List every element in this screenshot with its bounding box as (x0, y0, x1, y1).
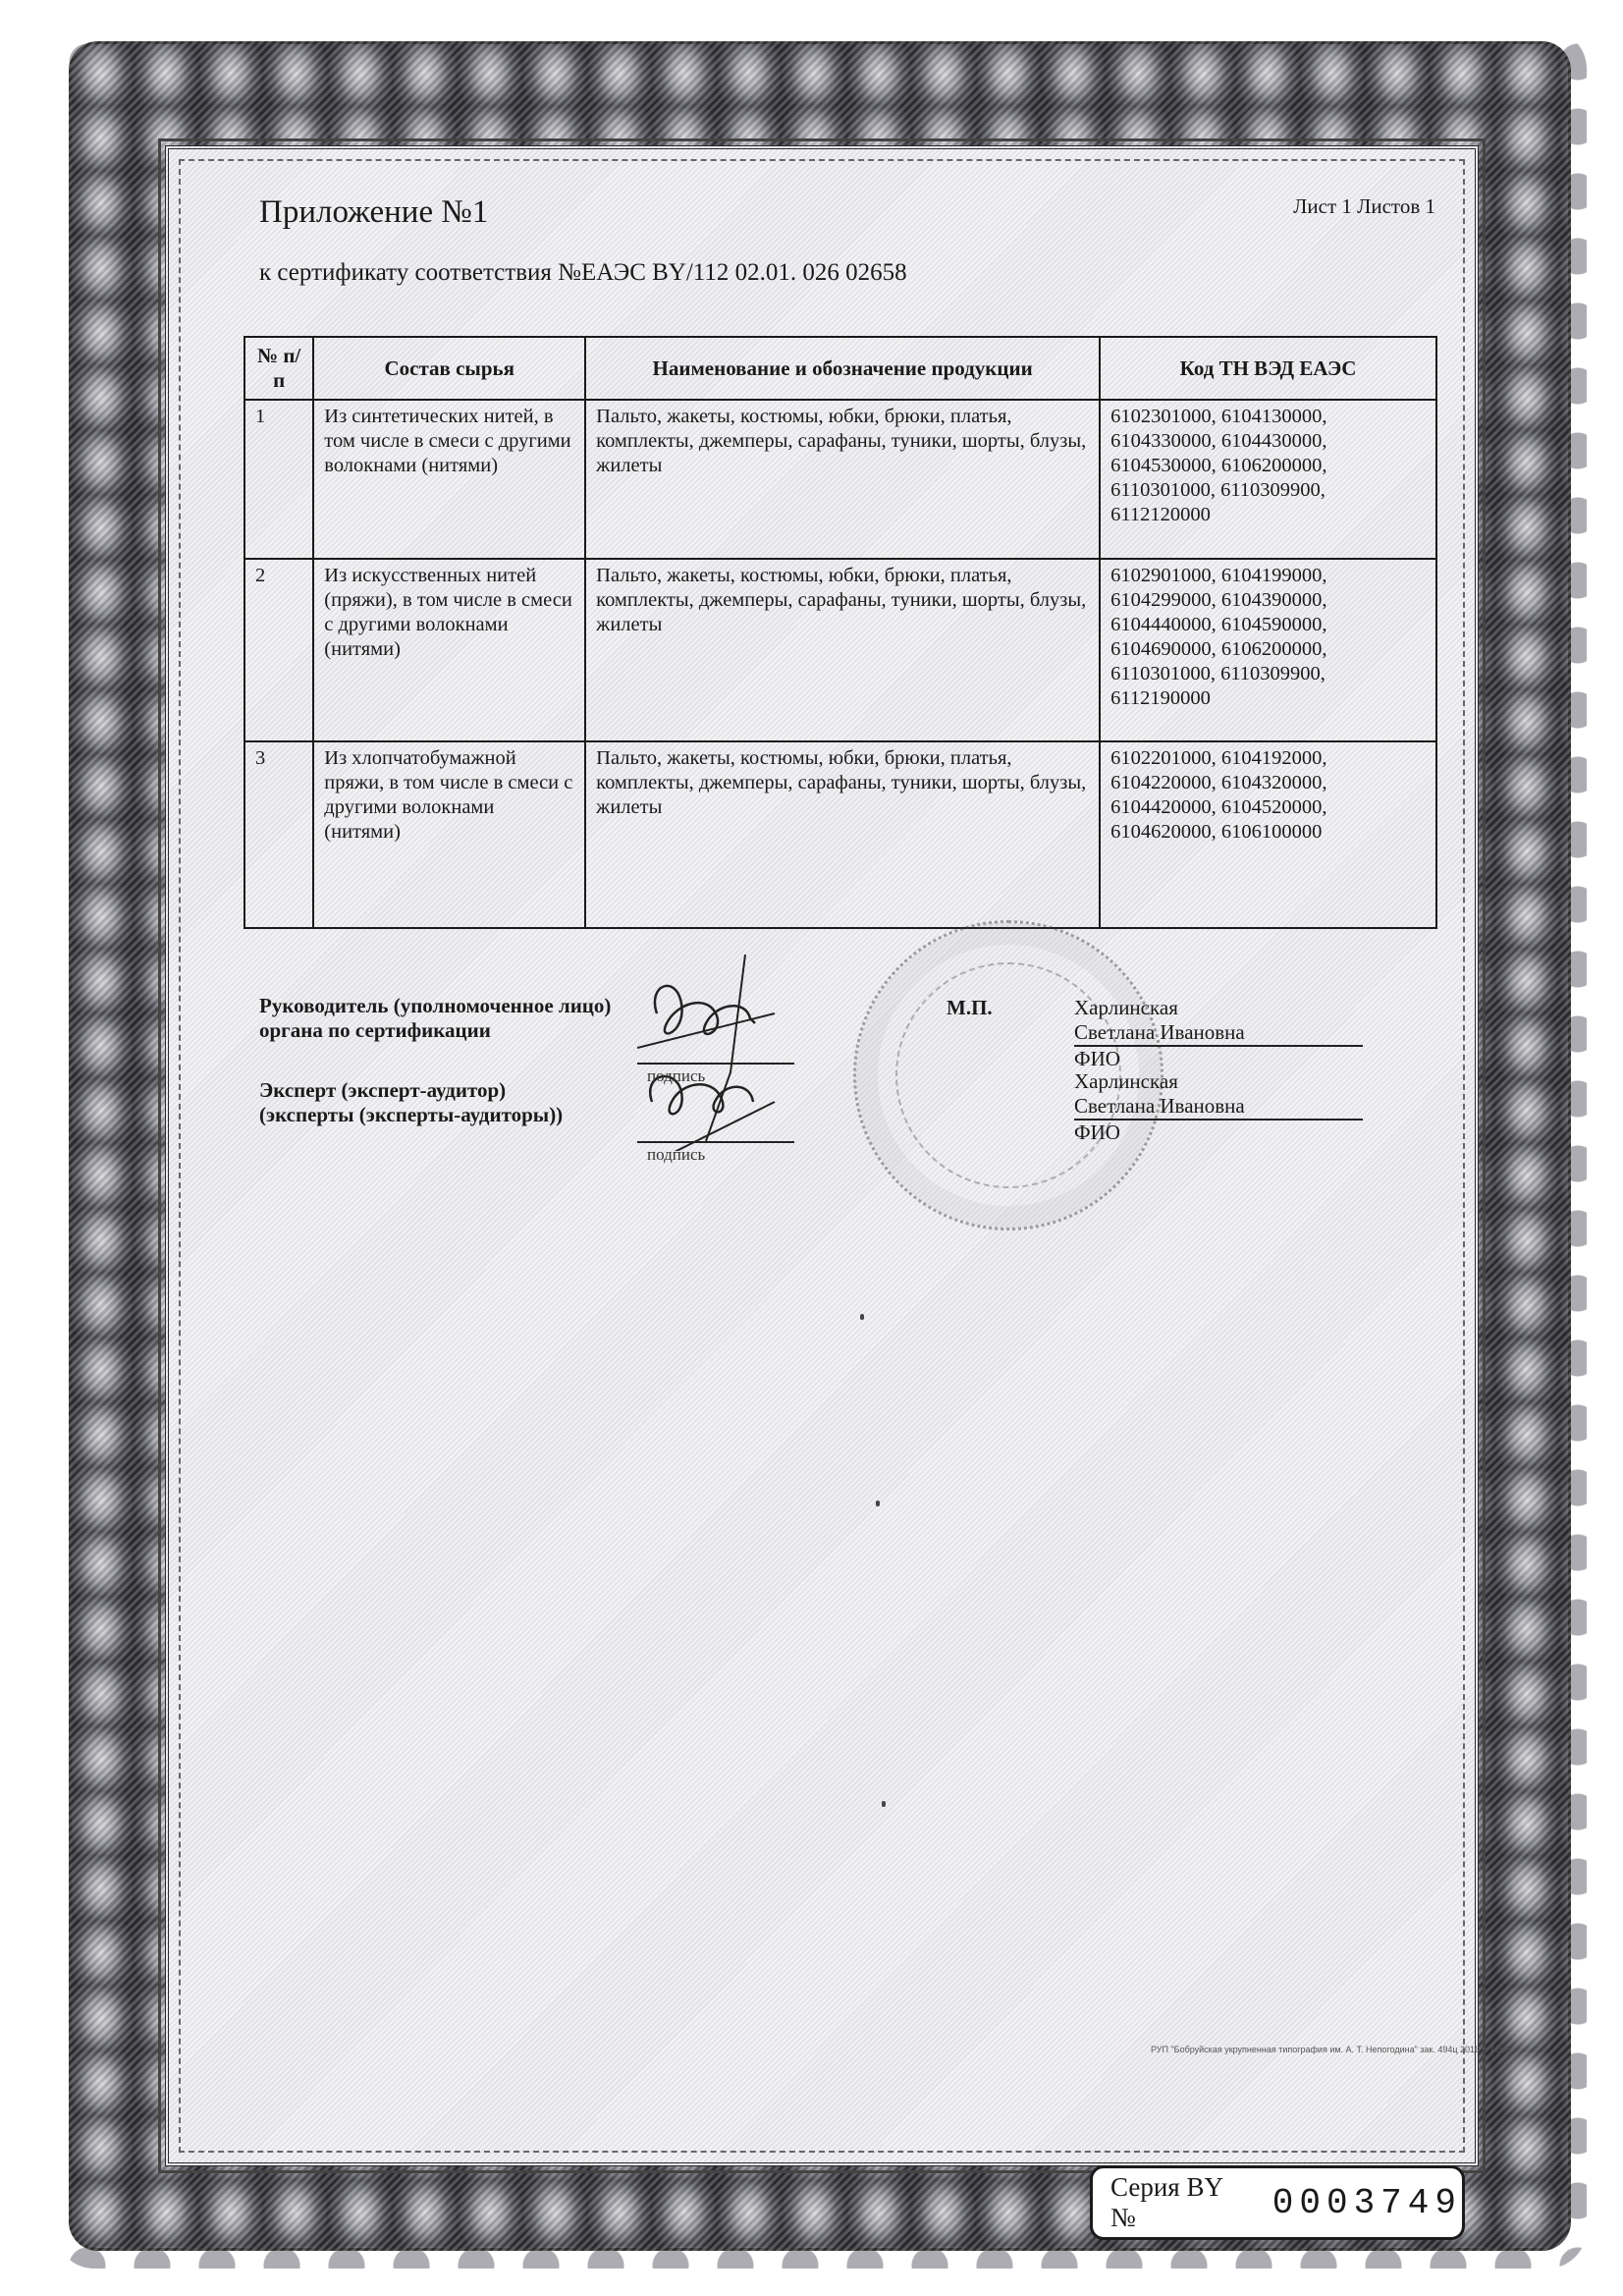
serial-number-box: Серия BY № 0003749 (1090, 2165, 1465, 2240)
head-surname: Харлинская (1074, 996, 1363, 1020)
scan-speck (860, 1314, 864, 1320)
certificate-sheet: Приложение №1 Лист 1 Листов 1 к сертифик… (165, 145, 1479, 2166)
serial-number: 0003749 (1272, 2183, 1462, 2223)
row-raw-material: Из синтетических нитей, в том числе в см… (313, 400, 585, 559)
row-product: Пальто, жакеты, костюмы, юбки, брюки, пл… (585, 400, 1100, 559)
head-fio: Харлинская Светлана Ивановна ФИО (1074, 996, 1363, 1071)
row-num: 2 (244, 559, 313, 741)
head-signature-caption: подпись (647, 1066, 705, 1086)
expert-surname: Харлинская (1074, 1069, 1363, 1094)
product-table: № п/п Состав сырья Наименование и обозна… (243, 336, 1437, 929)
table-row: 3 Из хлопчатобумажной пряжи, в том числе… (244, 741, 1436, 928)
certificate-number: №ЕАЭС BY/112 02.01. 026 02658 (558, 259, 906, 286)
header-num: № п/п (244, 337, 313, 400)
table-row: 2 Из искусственных нитей (пряжи), в том … (244, 559, 1436, 741)
handwritten-signature-icon (637, 955, 784, 1151)
head-label: Руководитель (уполномоченное лицо) орган… (259, 994, 611, 1043)
row-codes: 6102201000, 6104192000, 6104220000, 6104… (1100, 741, 1436, 928)
table-row: 1 Из синтетических нитей, в том числе в … (244, 400, 1436, 559)
row-product: Пальто, жакеты, костюмы, юбки, брюки, пл… (585, 559, 1100, 741)
row-codes: 6102301000, 6104130000, 6104330000, 6104… (1100, 400, 1436, 559)
row-product: Пальто, жакеты, костюмы, юбки, брюки, пл… (585, 741, 1100, 928)
page-title: Приложение №1 (259, 194, 488, 231)
subtitle-prefix: к сертификату соответствия (259, 259, 558, 286)
expert-fio-caption: ФИО (1074, 1121, 1363, 1145)
subtitle: к сертификату соответствия №ЕАЭС BY/112 … (259, 259, 907, 287)
signature-block: Руководитель (уполномоченное лицо) орган… (259, 994, 1467, 1230)
header-raw-material: Состав сырья (313, 337, 585, 400)
sheet-count: Лист 1 Листов 1 (1293, 194, 1435, 219)
expert-signature-line (637, 1141, 794, 1143)
series-label: Серия BY № (1110, 2172, 1239, 2233)
row-num: 3 (244, 741, 313, 928)
expert-name: Светлана Ивановна (1074, 1094, 1363, 1121)
expert-label: Эксперт (эксперт-аудитор) (эксперты (экс… (259, 1078, 563, 1127)
head-fio-caption: ФИО (1074, 1047, 1363, 1071)
head-name: Светлана Ивановна (1074, 1020, 1363, 1047)
head-signature-line (637, 1063, 794, 1065)
row-raw-material: Из искусственных нитей (пряжи), в том чи… (313, 559, 585, 741)
scan-speck (882, 1801, 886, 1807)
row-raw-material: Из хлопчатобумажной пряжи, в том числе в… (313, 741, 585, 928)
row-num: 1 (244, 400, 313, 559)
printer-imprint: РУП "Бобруйская укрупненная типография и… (1151, 2045, 1511, 2054)
header-product: Наименование и обозначение продукции (585, 337, 1100, 400)
header-code: Код ТН ВЭД ЕАЭС (1100, 337, 1436, 400)
expert-signature-caption: подпись (647, 1145, 705, 1165)
table-header-row: № п/п Состав сырья Наименование и обозна… (244, 337, 1436, 400)
row-codes: 6102901000, 6104199000, 6104299000, 6104… (1100, 559, 1436, 741)
expert-fio: Харлинская Светлана Ивановна ФИО (1074, 1069, 1363, 1145)
scan-speck (876, 1501, 880, 1506)
seal-placeholder-label: М.П. (947, 996, 993, 1020)
